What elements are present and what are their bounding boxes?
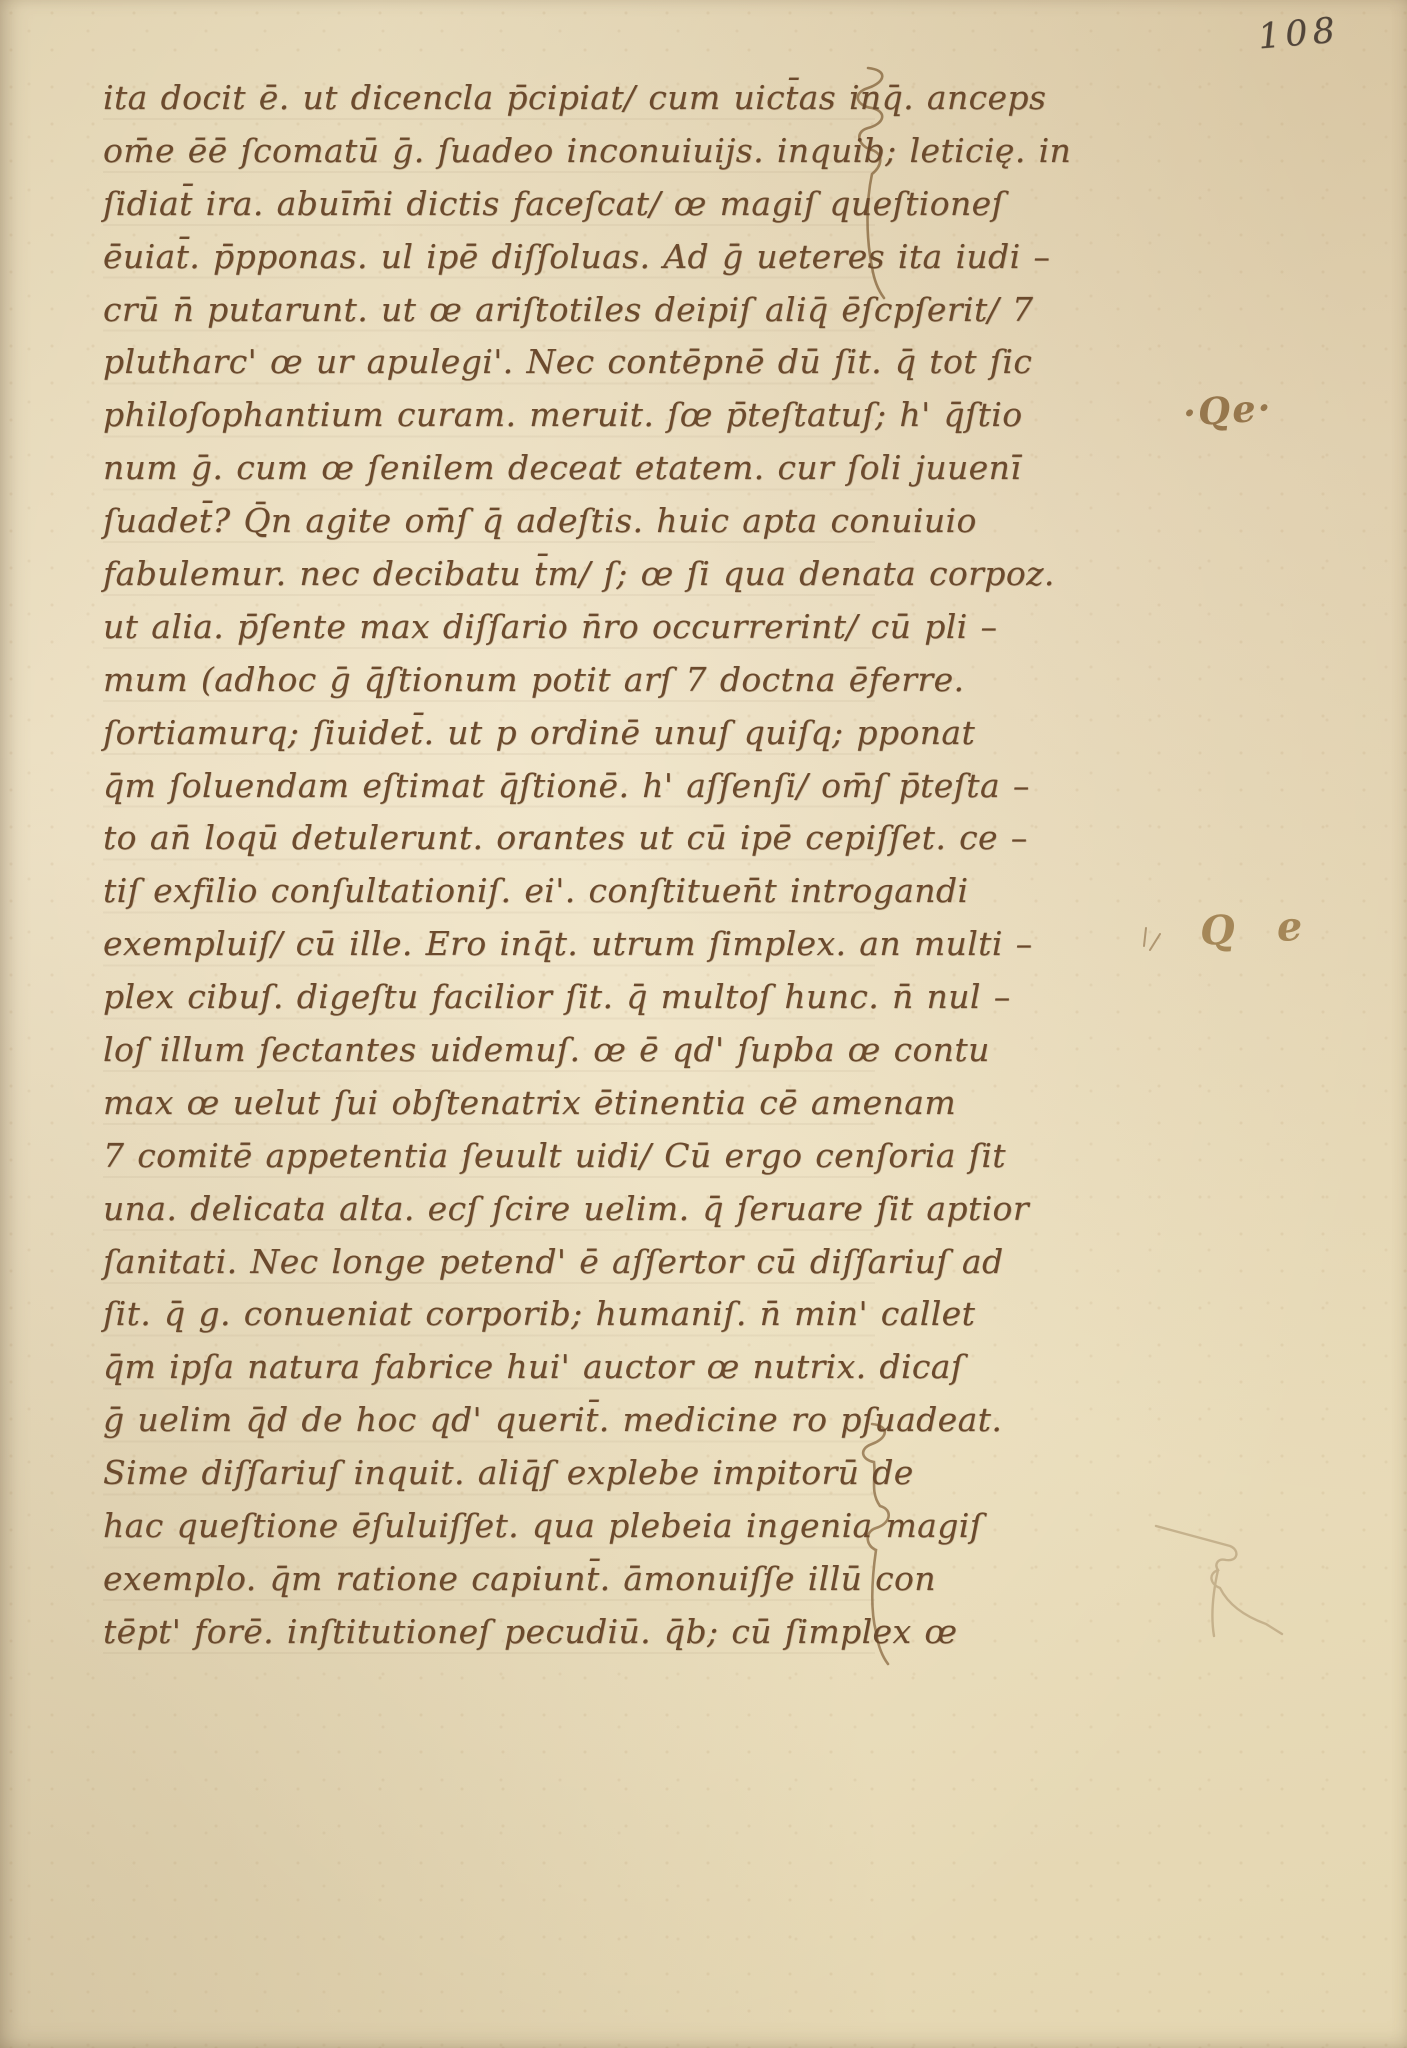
pen-tick-icon bbox=[1138, 920, 1168, 970]
manuscript-line: ſanitati. Nec longe petend' ē aſſertor c… bbox=[103, 1236, 875, 1289]
manuscript-line: fabulemur. nec decibatu t̄m/ ſ; œ ſi qua… bbox=[103, 548, 875, 601]
margin-nota-quaestio-2: Q e bbox=[1199, 902, 1318, 955]
margin-nota-quaestio-1: ·Qe· bbox=[1182, 385, 1274, 435]
manuscript-line: mum (adhoc ḡ q̄ſtionum potit arſ 7 doctn… bbox=[103, 654, 875, 707]
manuscript-line: num ḡ. cum œ ſenilem deceat etatem. cur … bbox=[103, 442, 875, 495]
manuscript-line: ḡ uelim q̄d de hoc qd' querit̄. medicine… bbox=[103, 1394, 875, 1447]
manuscript-line: plutharc' œ ur apulegi'. Nec contēpnē dū… bbox=[103, 336, 875, 389]
manuscript-line: philoſophantium curam. meruit. ſœ p̄teſt… bbox=[103, 389, 875, 442]
manuscript-line: om̄e ēē ſcomatū ḡ. ſuadeo inconuiuijs. i… bbox=[103, 125, 875, 178]
manuscript-line: q̄m ipſa natura fabrice hui' auctor œ nu… bbox=[103, 1341, 875, 1394]
manuscript-line: ſit. q̄ g. conueniat corporib; humaniſ. … bbox=[103, 1288, 875, 1341]
manuscript-line: to an̄ loqū detulerunt. orantes ut cū ip… bbox=[103, 812, 875, 865]
folio-number: 108 bbox=[1256, 11, 1341, 58]
manuscript-line: exemplo. q̄m ratione capiunt̄. āmonuiſſe… bbox=[103, 1553, 875, 1606]
manuscript-line: ſuadet̄? Q̄n agite om̄ſ q̄ adeſtis. huic… bbox=[103, 495, 875, 548]
manuscript-line: max œ uelut ſui obſtenatrix ētinentia cē… bbox=[103, 1077, 875, 1130]
manuscript-line: ēuiat̄. p̄pponas. ul ipē diſſoluas. Ad ḡ… bbox=[103, 231, 875, 284]
manuscript-line: ut alia. p̄ſente max diſſario n̄ro occur… bbox=[103, 601, 875, 654]
manuscript-line: q̄m ſoluendam eſtimat q̄ſtionē. h' aſſen… bbox=[103, 760, 875, 813]
manuscript-line: hac queſtione ēſuluiſſet. qua plebeia in… bbox=[103, 1500, 875, 1553]
manuscript-page: 108 ·Qe· Q e ita docit ē. ut dicencla p̄… bbox=[0, 0, 1407, 2048]
manicule-sketch-icon bbox=[1148, 1512, 1328, 1662]
manuscript-line: ſidiat̄ ira. abuīm̄i dictis faceſcat/ œ … bbox=[103, 178, 875, 231]
manuscript-line: una. delicata alta. ecſ ſcire uelim. q̄ … bbox=[103, 1183, 875, 1236]
manuscript-line: 7 comitē appetentia ſeuult uidi/ Cū ergo… bbox=[103, 1130, 875, 1183]
manuscript-line: loſ illum ſectantes uidemuſ. œ ē qd' ſup… bbox=[103, 1024, 875, 1077]
manuscript-line: plex cibuſ. digeſtu facilior ſit. q̄ mul… bbox=[103, 971, 875, 1024]
manuscript-line: Sime diſſariuſ inquit. aliq̄ſ explebe im… bbox=[103, 1447, 875, 1500]
manuscript-line: ſortiamurq; ſiuidet̄. ut p ordinē unuſ q… bbox=[103, 707, 875, 760]
manuscript-line: tēpt' forē. inſtitutioneſ pecudiū. q̄b; … bbox=[103, 1606, 875, 1659]
text-block: ita docit ē. ut dicencla p̄cipiat/ cum u… bbox=[103, 72, 875, 1659]
manuscript-line: ita docit ē. ut dicencla p̄cipiat/ cum u… bbox=[103, 72, 875, 125]
manuscript-line: exempluiſ/ cū ille. Ero inq̄t. utrum ſim… bbox=[103, 918, 875, 971]
manuscript-line: crū n̄ putarunt. ut œ ariſtotiles deipiſ… bbox=[103, 284, 875, 337]
manuscript-line: tiſ exfilio conſultationiſ. ei'. conſtit… bbox=[103, 865, 875, 918]
